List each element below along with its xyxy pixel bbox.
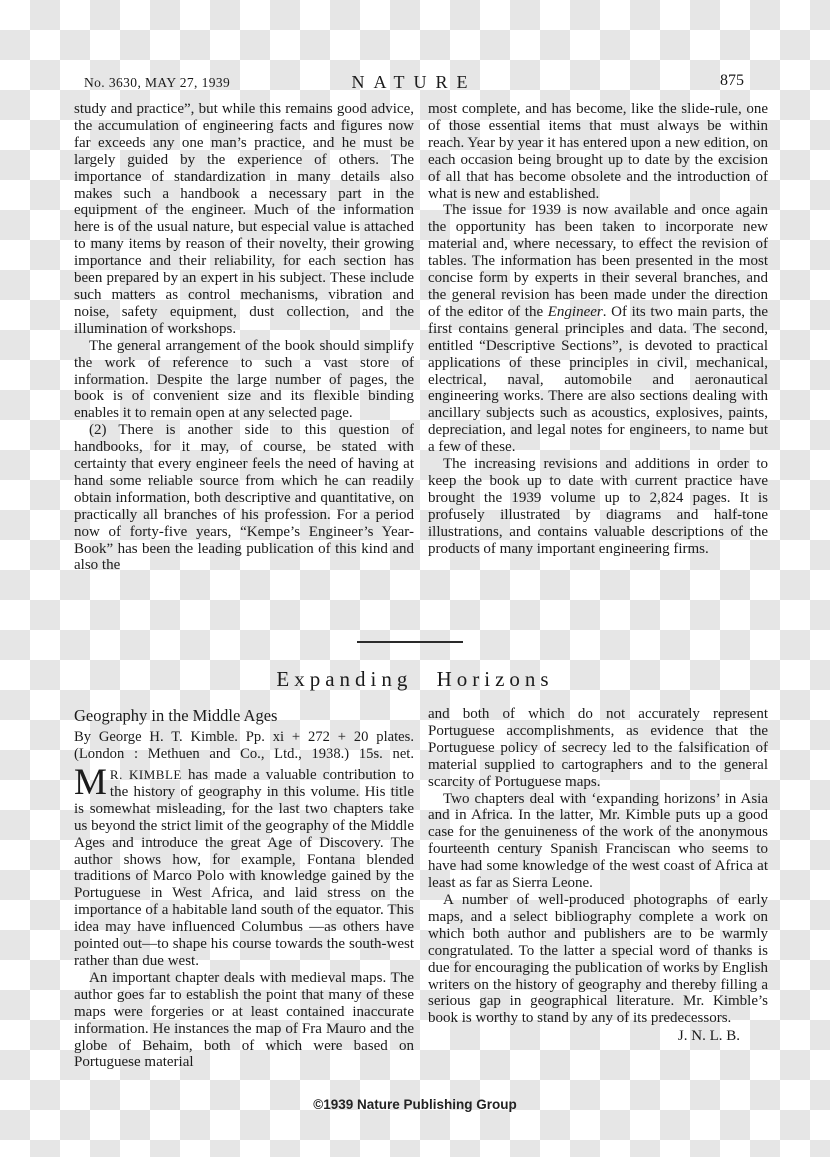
lead-smallcaps: R. KIMBLE bbox=[110, 767, 182, 782]
paragraph: study and practice”, but while this rema… bbox=[74, 101, 414, 338]
journal-name-italic: Engineer bbox=[548, 304, 603, 320]
paragraph: The general arrangement of the book shou… bbox=[74, 338, 414, 423]
drop-cap: M bbox=[74, 767, 110, 798]
paragraph-text: . Of its two main parts, the first conta… bbox=[428, 304, 768, 455]
copyright-notice: ©1939 Nature Publishing Group bbox=[0, 1097, 830, 1112]
article1-left-column: study and practice”, but while this rema… bbox=[74, 101, 414, 574]
paragraph: most complete, and has become, like the … bbox=[428, 101, 768, 202]
book-citation: By George H. T. Kimble. Pp. xi + 272 + 2… bbox=[74, 729, 414, 762]
paragraph: The issue for 1939 is now available and … bbox=[428, 202, 768, 456]
journal-title: NATURE bbox=[84, 72, 744, 93]
section-divider bbox=[357, 641, 463, 643]
paragraph: The increasing revisions and additions i… bbox=[428, 456, 768, 557]
paragraph: A number of well-produced photographs of… bbox=[428, 892, 768, 1027]
scanned-journal-page: No. 3630, MAY 27, 1939 NATURE 875 study … bbox=[0, 0, 830, 1157]
page-number: 875 bbox=[720, 72, 744, 90]
paragraph-text: has made a valuable contribution to the … bbox=[74, 767, 414, 969]
citation-line: (London : Methuen and Co., Ltd., 1938.) … bbox=[74, 746, 414, 763]
book-title: Geography in the Middle Ages bbox=[74, 706, 414, 726]
article1-columns: study and practice”, but while this rema… bbox=[74, 101, 768, 574]
paragraph: and both of which do not accurately repr… bbox=[428, 706, 768, 791]
section-heading: Expanding Horizons bbox=[0, 667, 830, 692]
article1-right-column: most complete, and has become, like the … bbox=[428, 101, 768, 574]
paragraph-text: The issue for 1939 is now available and … bbox=[428, 202, 768, 319]
article2-columns: Geography in the Middle Ages By George H… bbox=[74, 706, 768, 1071]
article2-left-column: Geography in the Middle Ages By George H… bbox=[74, 706, 414, 1071]
paragraph: An important chapter deals with medieval… bbox=[74, 970, 414, 1071]
paragraph: (2) There is another side to this questi… bbox=[74, 422, 414, 574]
article2-right-column: and both of which do not accurately repr… bbox=[428, 706, 768, 1071]
citation-line: By George H. T. Kimble. Pp. xi + 272 + 2… bbox=[74, 729, 414, 746]
paragraph: Two chapters deal with ‘expanding horizo… bbox=[428, 791, 768, 892]
running-head: No. 3630, MAY 27, 1939 NATURE 875 bbox=[84, 72, 744, 92]
lead-paragraph: MR. KIMBLE has made a valuable contribut… bbox=[74, 767, 414, 970]
reviewer-signature: J. N. L. B. bbox=[428, 1028, 768, 1045]
